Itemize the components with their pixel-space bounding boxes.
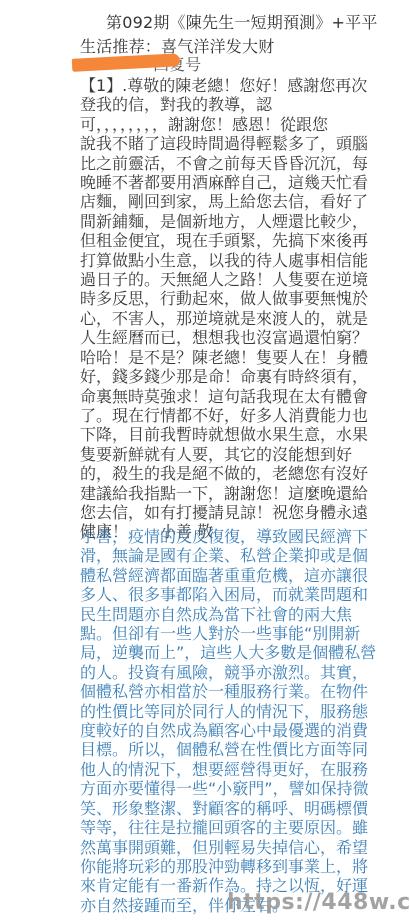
letter-line: 晚睡不著都要用酒麻醉自己，這幾天忙看	[80, 173, 342, 192]
reply-line: 體私營經濟都面臨著重重危機，這亦讓很	[80, 566, 346, 585]
document-title: 第092期《陳先生一短期預測》+平平	[106, 10, 378, 33]
reply-line: 局，逆襲而上”，這些人大多數是個體私營	[80, 643, 346, 662]
reply-line: 個體私營亦相當於一種服務行業。在物件	[80, 682, 346, 701]
letter-line: 店麵，剛回到家，馬上給您去信，看好了	[80, 192, 342, 211]
letter-line: 的，殺生的我是絕不做的，老總您有沒好	[80, 464, 342, 483]
reply-line: 你能將玩彩的那股沖勁轉移到事業上，將	[80, 857, 346, 876]
letter-line: 可，，，，，，，，謝謝您！感恩！從跟您	[80, 115, 342, 134]
reply-line: 等等，往往是拉攏回頭客的主要原因。雖	[80, 818, 346, 837]
letter-line: 好，錢多錢少那是命！命裏有時終須有，	[80, 367, 342, 386]
letter-line: 【1】.尊敬的陳老總！您好！感謝您再次	[80, 76, 342, 95]
letter-line: 您去信，如有打擾請見諒！祝您身體永遠	[80, 503, 342, 522]
reply-line: 的性價比等同於同行人的情況下，服務態	[80, 702, 346, 721]
redacted-line: 一 回复号	[72, 52, 182, 74]
letter-line: 打算做點小生意，以我的待人處事相信能	[80, 251, 342, 270]
reply-line: 度較好的自然成為顧客心中最優選的消費	[80, 721, 346, 740]
letter-line: 隻要新鮮就有人要，其它的沒能想到好	[80, 445, 342, 464]
letter-line: 建議給我指點一下，謝謝您！這麼晚還給	[80, 484, 342, 503]
reply-line: 目標。所以，個體私營在性價比方面等同	[80, 740, 346, 759]
reply-line: 多人、很多事都陷入困局，而就業問題和	[80, 585, 346, 604]
letter-body: 【1】.尊敬的陳老總！您好！感謝您再次 登我的信，對我的教導，認 可，，，，，，…	[80, 76, 342, 542]
reply-line: 的人。投資有風險，競爭亦激烈。其實，	[80, 663, 346, 682]
letter-line: 下降，目前我暫時就想做水果生意，水果	[80, 425, 342, 444]
letter-line: 哈哈！是不是？陳老總！隻要人在！身體	[80, 348, 342, 367]
letter-line: 過日子的。天無絕人之路！人隻要在逆境	[80, 270, 342, 289]
letter-line: 說我不賭了這段時間過得輕鬆多了，頭腦	[80, 134, 342, 153]
reply-line: 小善，疫情的反反復復，導致國民經濟下	[80, 527, 346, 546]
reply-line: 然萬事開頭難，但別輕易失掉信心，希望	[80, 838, 346, 857]
letter-line: 時多反思，行動起來，做人做事要無愧於	[80, 289, 342, 308]
document-page: 第092期《陳先生一短期預測》+平平 生活推荐：喜气洋洋发大财 一 回复号 【1…	[0, 0, 410, 921]
reply-line: 他人的情況下，想要經營得更好，在服務	[80, 760, 346, 779]
reply-line: 方面亦要懂得一些“小竅門”，譬如保持微	[80, 779, 346, 798]
reply-body: 小善，疫情的反反復復，導致國民經濟下 滑，無論是國有企業、私營企業抑或是個 體私…	[80, 527, 346, 915]
letter-line: 間新鋪麵，是個新地方，人煙還比較少，	[80, 212, 342, 231]
reply-line: 笑、形象整潔、對顧客的稱呼、明碼標價	[80, 799, 346, 818]
letter-line: 心，不害人，那逆境就是來渡人的，就是	[80, 309, 342, 328]
letter-line: 但租金便宜，現在手頭緊，先搞下來後再	[80, 231, 342, 250]
letter-line: 人生經曆而已，想想我也沒富過還怕窮？	[80, 328, 342, 347]
letter-line: 命裏無時莫強求！這句話我現在太有體會	[80, 387, 342, 406]
letter-line: 登我的信，對我的教導，認	[80, 95, 342, 114]
site-watermark: https://448w.com	[227, 890, 410, 915]
letter-line: 了。現在行情都不好，好多人消費能力也	[80, 406, 342, 425]
reply-line: 點。但卻有一些人對於一些事能“別開新	[80, 624, 346, 643]
reply-line: 民生問題亦自然成為當下社會的兩大焦	[80, 605, 346, 624]
letter-line: 比之前靈活，不會之前每天昏昏沉沉，每	[80, 154, 342, 173]
reply-line: 滑，無論是國有企業、私營企業抑或是個	[80, 546, 346, 565]
